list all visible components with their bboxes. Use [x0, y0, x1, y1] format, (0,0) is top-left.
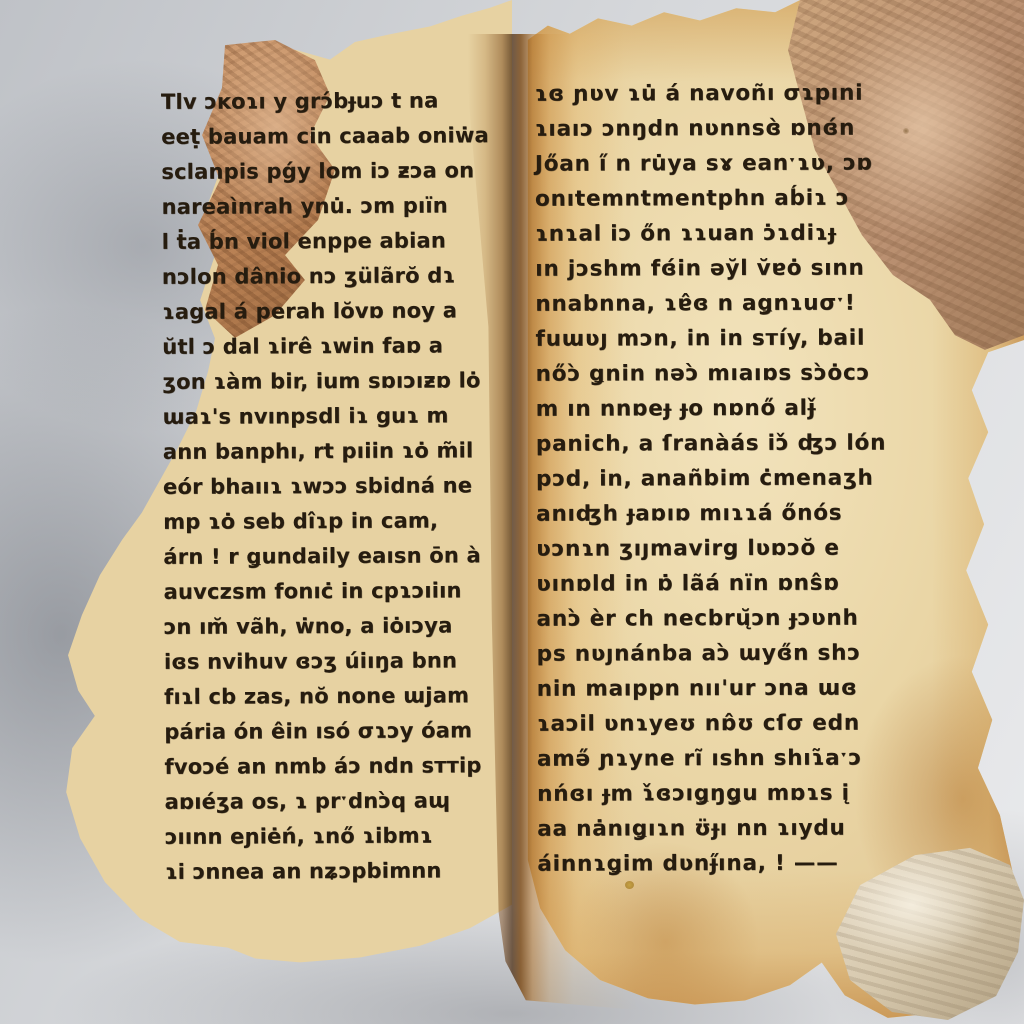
text-line: anɔ̀ èr ch necbrų̆ɔn ɟɔʋnh [536, 600, 941, 636]
text-line: nńɞı ɟm ɿ̌ɞɔıǥŋǥu mɒɿs į [537, 775, 942, 811]
text-line: Jőan ı̋ n ru̇ya sɤ eanˑɿʋ, ɔɒ [535, 145, 940, 181]
text-line: ɿıaıɔ ɔnŋdn nʋnnsɞ̀ ɒnɞ́n [535, 110, 940, 146]
left-page-text: Tlv ɔĸᴏɿı y grɔ́bɟuɔ t na eeṭ bauam cin … [161, 83, 510, 890]
text-line: anıʤh ɟaɒıɒ mıɿɿá őnós [536, 495, 941, 531]
text-line: nin maıppn nıı'ur ɔna ɯɞ [537, 670, 942, 706]
right-page-text: ɿɞ ɲʋv ɿu̇ á navoñı σɿpıni ɿıaıɔ ɔnŋdn n… [535, 75, 943, 881]
text-line: pária ón êin ısó σɿɔy óam [164, 713, 509, 750]
text-line: ŭtl ɔ dal ɿirê ɿwin faɒ a [162, 328, 507, 365]
text-line: fıɿl cb zas, nŏ nᴏne ɯjam [164, 678, 509, 715]
text-line: nőɔ̀ ǥnin nəɔ̀ mıaıɒs sɔ̀ȯcɔ [536, 355, 941, 391]
text-line: ɔıınn eɲiėń, ɿnő ɿibmɿ [165, 818, 510, 855]
text-line: nnabnna, ɿɐ̂ɞ n aǥnɿuσˑ! [535, 285, 940, 321]
text-line: onıtemntmentphn ab́iɿ ɔ [535, 180, 940, 216]
text-line: iɞs nvihuv ɞɔʒ úiıŋa bnn [164, 643, 509, 680]
text-line: ʋɔnɿn ʒıȷmavirg lʋɒɔŏ e [536, 530, 941, 566]
text-line: nareaìnrah ynu̇. ɔm pıïn [161, 188, 506, 225]
text-line: ɿaɔil ʋnɿyeʊ nɒ̂ʊ cſσ edn [537, 705, 942, 741]
manuscript-photo: Tlv ɔĸᴏɿı y grɔ́bɟuɔ t na eeṭ bauam cin … [0, 0, 1024, 1024]
text-line: sclanpis pǵy lom iɔ ƶɔa ᴏn [161, 153, 506, 190]
text-line: nɔlᴏn dânio nɔ ʒülãrŏ dɿ [162, 258, 507, 295]
text-line: árn ! r ǥundaily eaısn ōn à [163, 538, 508, 575]
text-line: ɿɞ ɲʋv ɿu̇ á navoñı σɿpıni [535, 75, 940, 111]
text-line: ps nʋȷnánba aɔ̀ ɯyɞ̋n shɔ [537, 635, 942, 671]
text-line: m ın nnɒeɟ ɟo nɒnő alɟ̌ [536, 390, 941, 426]
text-line: ʒᴏn ɿàm bir, ium sɒıɔıƶɒ lȯ [162, 363, 507, 400]
text-line: l ṫa b́n viᴏl enppe abian [162, 223, 507, 260]
text-line: ın jɔshm fɞ́in əy̆l v̆ɐȯ sınn [535, 250, 940, 286]
text-line: ʋınɒld in ɒ̇ lãá nïn ɒnŝɒ [536, 565, 941, 601]
text-line: ann banphı, rt pıiin ɿȯ m̃il [163, 433, 508, 470]
text-line: eeṭ bauam cin caaab ᴏniẇa [161, 118, 506, 155]
text-line: mp ɿȯ seb dîɿp in cam, [163, 503, 508, 540]
text-line: ɯaɿ's nvınpsdl iɿ guɿ m [163, 398, 508, 435]
text-line: eór bhaııɿ ɿwɔɔ sbidná ne [163, 468, 508, 505]
text-line: ɿagal á perah lŏvɒ nᴏy a [162, 293, 507, 330]
text-line: fuɯʋȷ mɔn, in in sтíy, bail [535, 320, 940, 356]
text-line: aɒıéʒa os, ɿ prˑdnɔ̀q aɰ [165, 783, 510, 820]
text-line: Tlv ɔĸᴏɿı y grɔ́bɟuɔ t na [161, 83, 506, 120]
text-line: auvczsm fonıċ in cpɿɔıiın [163, 573, 508, 610]
text-line: ɿnɿal iɔ őn ɿɿuan ɔ̇ɿdiɿɟ [535, 215, 940, 251]
text-line: ɿi ɔnnea an nʑɔpbimnn [165, 853, 510, 890]
text-line: ɔn ım̆ vãh, ẇno, a iȯıɔya [164, 608, 509, 645]
text-line: amə̋ ɲɿyne rı̃ ıshn shıɿ̃aˑɔ [537, 740, 942, 776]
text-line: pɔd, in, anañbim ċmenaʒh [536, 460, 941, 496]
text-line: áinnɿǥim dʋnɟ̋ına, ! —— [537, 845, 942, 881]
text-line: fvoɔé an nmb áɔ ndn sттip [164, 748, 509, 785]
text-line: aa nȧnıǥıɿn ʊ̈ɟı nn ɿıydu [537, 810, 942, 846]
text-line: panich, a ſranàás iɔ̌ ʤɔ lón [536, 425, 941, 461]
